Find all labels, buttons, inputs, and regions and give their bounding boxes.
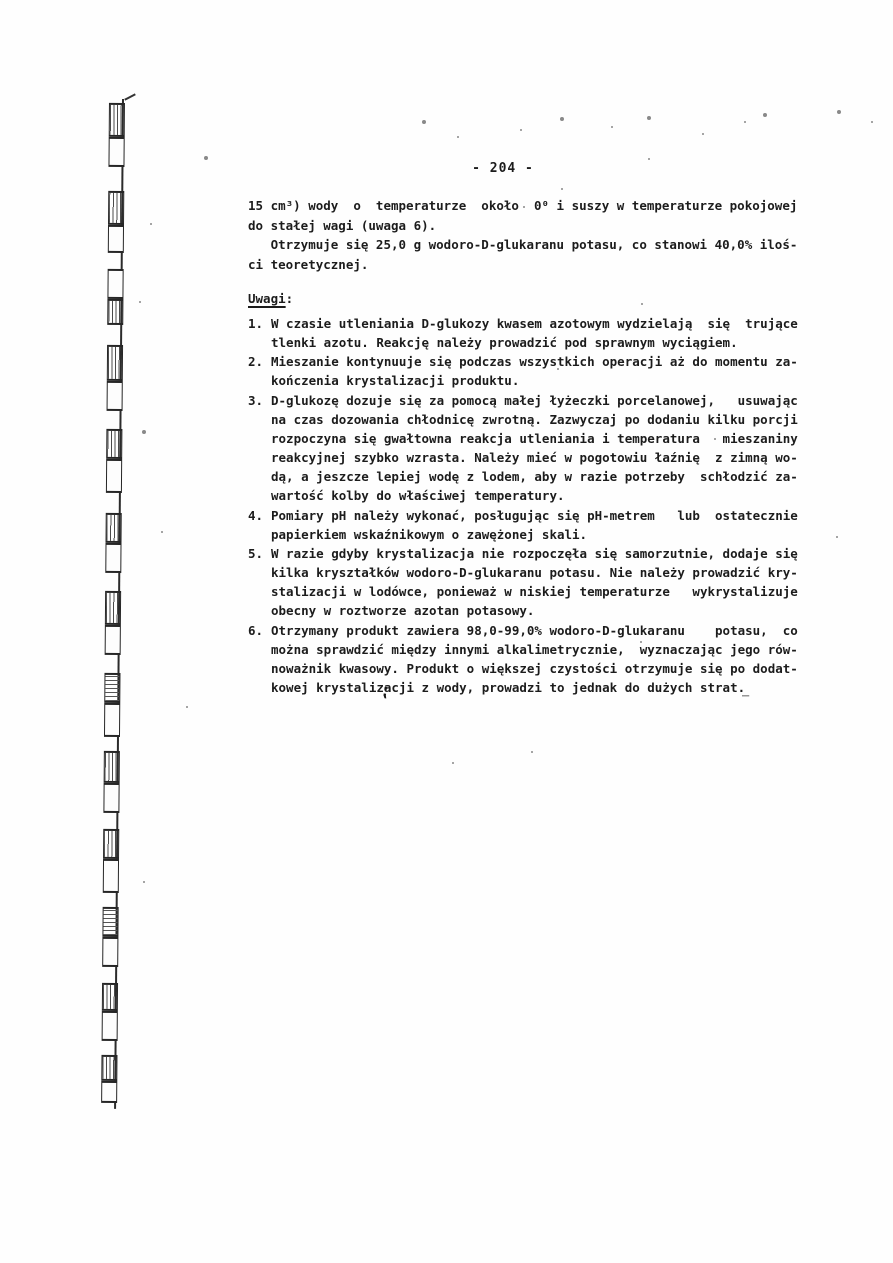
- text-line: dą, a jeszcze lepiej wodę z lodem, aby w…: [271, 467, 823, 486]
- binding-tab: [107, 299, 123, 325]
- text-line: noważnik kwasowy. Produkt o większej czy…: [271, 659, 823, 678]
- text-line: kończenia krystalizacji produktu.: [271, 371, 823, 390]
- binding-top-tick: [124, 93, 136, 100]
- binding-tab: [107, 345, 123, 381]
- note-number: 2.: [248, 352, 271, 371]
- text-line: tlenki azotu. Reakcję należy prowadzić p…: [271, 333, 823, 352]
- ink-blot-mark: ⁏: [381, 681, 389, 702]
- text-line: Otrzymany produkt zawiera 98,0-99,0% wod…: [271, 621, 823, 640]
- text-line: Otrzymuje się 25,0 g wodoro-D-glukaranu …: [248, 235, 813, 255]
- text-line: kowej krystalizacji z wody, prowadzi to …: [271, 678, 823, 697]
- text-line: W czasie utleniania D-glukozy kwasem azo…: [271, 314, 823, 333]
- note-text: Otrzymany produkt zawiera 98,0-99,0% wod…: [271, 621, 823, 698]
- note-item-5: 5. W razie gdyby krystalizacja nie rozpo…: [248, 544, 823, 621]
- note-item-4: 4. Pomiary pH należy wykonać, posługując…: [248, 506, 823, 544]
- binding-tab: [108, 191, 124, 225]
- binding-tab: [102, 1011, 118, 1041]
- binding-tab: [105, 591, 121, 625]
- text-line: Mieszanie kontynuuje się podczas wszystk…: [271, 352, 823, 371]
- text-line: na czas dozowania chłodnicę zwrotną. Zaz…: [271, 410, 823, 429]
- note-number: 3.: [248, 391, 271, 410]
- binding-tab: [106, 429, 122, 459]
- notes-heading: Uwagi:: [248, 291, 293, 306]
- note-item-6: 6. Otrzymany produkt zawiera 98,0-99,0% …: [248, 621, 823, 698]
- note-number: 4.: [248, 506, 271, 525]
- text-line: wartość kolby do właściwej temperatury.: [271, 486, 823, 505]
- faint-dash-mark: –: [742, 688, 749, 702]
- note-text: W razie gdyby krystalizacja nie rozpoczę…: [271, 544, 823, 621]
- binding-tab: [104, 673, 120, 703]
- binding-tab: [108, 137, 124, 167]
- binding-tab: [108, 225, 124, 253]
- notes-heading-text: Uwagi: [248, 291, 286, 306]
- text-line: rozpoczyna się gwałtowna reakcja utlenia…: [271, 429, 823, 448]
- binding-tab: [105, 543, 121, 573]
- note-text: Pomiary pH należy wykonać, posługując si…: [271, 506, 823, 544]
- note-item-3: 3. D-glukozę dozuje się za pomocą małej …: [248, 391, 823, 506]
- binding-tab: [106, 459, 122, 493]
- binding-tab: [103, 783, 119, 813]
- note-number: 6.: [248, 621, 271, 640]
- note-item-1: 1. W czasie utleniania D-glukozy kwasem …: [248, 314, 823, 352]
- text-line: Pomiary pH należy wykonać, posługując si…: [271, 506, 823, 525]
- note-number: 5.: [248, 544, 271, 563]
- text-line: reakcyjnej szybko wzrasta. Należy mieć w…: [271, 448, 823, 467]
- note-text: D-glukozę dozuje się za pomocą małej łyż…: [271, 391, 823, 506]
- notes-heading-colon: :: [286, 291, 294, 306]
- scan-speckles: [0, 0, 2, 2]
- binding-tab: [101, 1055, 117, 1081]
- text-line: D-glukozę dozuje się za pomocą małej łyż…: [271, 391, 823, 410]
- binding-tab: [102, 937, 118, 967]
- binding-tab: [102, 907, 118, 937]
- note-item-2: 2. Mieszanie kontynuuje się podczas wszy…: [248, 352, 823, 390]
- binding-tab: [103, 829, 119, 859]
- text-line: do stałej wagi (uwaga 6).: [248, 216, 813, 236]
- text-line: można sprawdzić między innymi alkalimetr…: [271, 640, 823, 659]
- body-paragraphs: 15 cm³) wody o temperaturze około 0⁰ i s…: [248, 196, 813, 274]
- binding-strip: [94, 99, 128, 1109]
- binding-tab: [104, 703, 120, 737]
- binding-tab: [107, 381, 123, 411]
- binding-tab: [102, 983, 118, 1011]
- notes-list: 1. W czasie utleniania D-glukozy kwasem …: [248, 314, 823, 697]
- binding-tab: [103, 859, 119, 893]
- binding-tab: [109, 103, 125, 137]
- text-line: ci teoretycznej.: [248, 255, 813, 275]
- text-line: kilka kryształków wodoro-D-glukaranu pot…: [271, 563, 823, 582]
- page-number: - 204 -: [448, 161, 558, 176]
- binding-tab: [107, 269, 123, 299]
- binding-tab: [105, 625, 121, 655]
- text-line: papierkiem wskaźnikowym o zawężonej skal…: [271, 525, 823, 544]
- note-number: 1.: [248, 314, 271, 333]
- binding-tab: [101, 1081, 117, 1103]
- text-line: stalizacji w lodówce, ponieważ w niskiej…: [271, 582, 823, 601]
- scanned-document-page: - 204 - 15 cm³) wody o temperaturze okoł…: [0, 0, 893, 1263]
- text-line: W razie gdyby krystalizacja nie rozpoczę…: [271, 544, 823, 563]
- note-text: Mieszanie kontynuuje się podczas wszystk…: [271, 352, 823, 390]
- text-line: obecny w roztworze azotan potasowy.: [271, 601, 823, 620]
- binding-tab: [104, 751, 120, 783]
- note-text: W czasie utleniania D-glukozy kwasem azo…: [271, 314, 823, 352]
- text-line: 15 cm³) wody o temperaturze około 0⁰ i s…: [248, 196, 813, 216]
- binding-tab: [106, 513, 122, 543]
